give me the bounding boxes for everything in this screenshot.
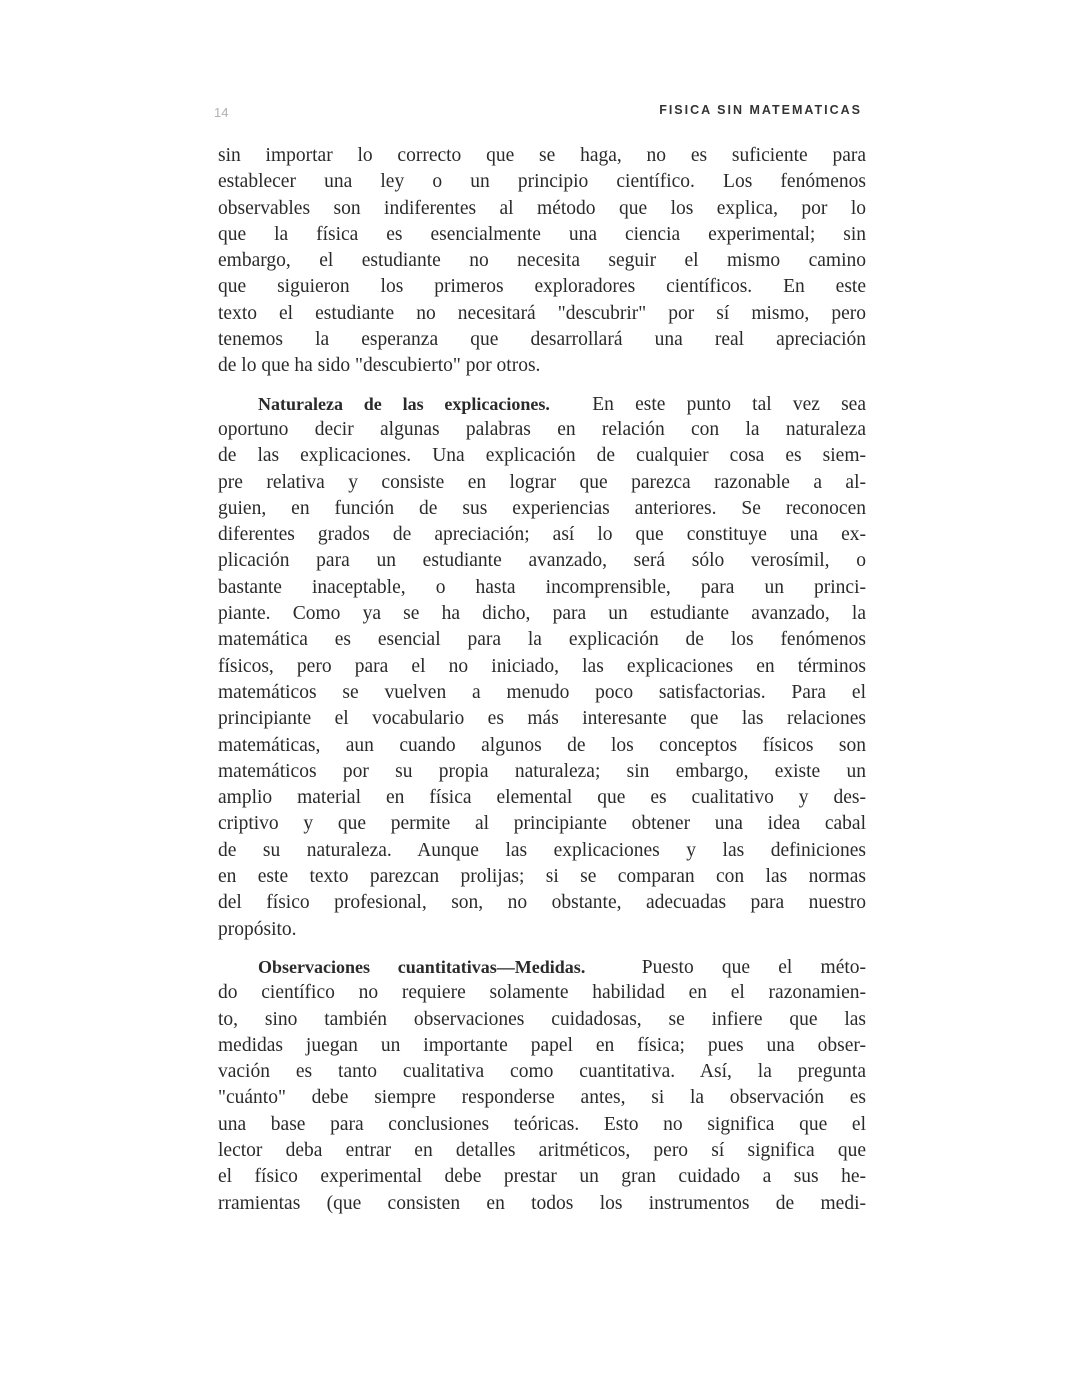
text-line: establecer una ley o un principio cientí… xyxy=(218,169,866,195)
section-heading: Observaciones cuantitativas—Medidas. xyxy=(258,957,585,977)
text-line: amplio material en física elemental que … xyxy=(218,785,866,811)
text-line: rramientas (que consisten en todos los i… xyxy=(218,1191,866,1217)
section-heading: Naturaleza de las explicaciones. xyxy=(258,394,550,414)
text-line: que la física es esencialmente una cienc… xyxy=(218,222,866,248)
body-text: sin importar lo correcto que se haga, no… xyxy=(218,143,866,1217)
page-number: 14 xyxy=(214,105,228,120)
section-observaciones-cuantitativas: Observaciones cuantitativas—Medidas. Pue… xyxy=(218,954,866,1217)
running-head: FISICA SIN MATEMATICAS xyxy=(659,103,862,117)
text-line: sin importar lo correcto que se haga, no… xyxy=(218,143,866,169)
text-line: en este texto parezcan prolijas; si se c… xyxy=(218,864,866,890)
text-line: matemáticos por su propia naturaleza; si… xyxy=(218,759,866,785)
text-line: texto el estudiante no necesitará "descu… xyxy=(218,301,866,327)
text-line: plicación para un estudiante avanzado, s… xyxy=(218,548,866,574)
text-line: de las explicaciones. Una explicación de… xyxy=(218,443,866,469)
text-line: guien, en función de sus experiencias an… xyxy=(218,496,866,522)
text-line: el físico experimental debe prestar un g… xyxy=(218,1164,866,1190)
text-line: do científico no requiere solamente habi… xyxy=(218,980,866,1006)
text-line: pre relativa y consiste en lograr que pa… xyxy=(218,470,866,496)
text-line: principiante el vocabulario es más inter… xyxy=(218,706,866,732)
text-line: embargo, el estudiante no necesita segui… xyxy=(218,248,866,274)
text-line: lector deba entrar en detalles aritmétic… xyxy=(218,1138,866,1164)
text-line: tenemos la esperanza que desarrollará un… xyxy=(218,327,866,353)
text-line: oportuno decir algunas palabras en relac… xyxy=(218,417,866,443)
text-line: una base para conclusiones teóricas. Est… xyxy=(218,1112,866,1138)
text-line: que siguieron los primeros exploradores … xyxy=(218,274,866,300)
text-line: medidas juegan un importante papel en fí… xyxy=(218,1033,866,1059)
text-line: propósito. xyxy=(218,917,866,943)
text-line: físicos, pero para el no iniciado, las e… xyxy=(218,654,866,680)
text-line: del físico profesional, son, no obstante… xyxy=(218,890,866,916)
text-line: observables son indiferentes al método q… xyxy=(218,196,866,222)
text-line: de lo que ha sido "descubierto" por otro… xyxy=(218,353,866,379)
text-line: "cuánto" debe siempre responderse antes,… xyxy=(218,1085,866,1111)
page-header: 14 FISICA SIN MATEMATICAS xyxy=(214,103,862,123)
text-line: to, sino también observaciones cuidadosa… xyxy=(218,1007,866,1033)
text-line: matemáticas, aun cuando algunos de los c… xyxy=(218,733,866,759)
text-line: criptivo y que permite al principiante o… xyxy=(218,811,866,837)
text-line: diferentes grados de apreciación; así lo… xyxy=(218,522,866,548)
section-naturaleza-explicaciones: Naturaleza de las explicaciones. En este… xyxy=(218,391,866,943)
section-first-line: Observaciones cuantitativas—Medidas. Pue… xyxy=(218,954,866,980)
section-first-line: Naturaleza de las explicaciones. En este… xyxy=(218,391,866,417)
text-line: de su naturaleza. Aunque las explicacion… xyxy=(218,838,866,864)
paragraph-intro: sin importar lo correcto que se haga, no… xyxy=(218,143,866,380)
text-line: matemática es esencial para la explicaci… xyxy=(218,627,866,653)
text-fragment: Puesto que el méto- xyxy=(642,957,866,978)
text-line: vación es tanto cualitativa como cuantit… xyxy=(218,1059,866,1085)
text-line: bastante inaceptable, o hasta incomprens… xyxy=(218,575,866,601)
text-line: piante. Como ya se ha dicho, para un est… xyxy=(218,601,866,627)
text-line: matemáticos se vuelven a menudo poco sat… xyxy=(218,680,866,706)
text-fragment: En este punto tal vez sea xyxy=(592,394,866,415)
